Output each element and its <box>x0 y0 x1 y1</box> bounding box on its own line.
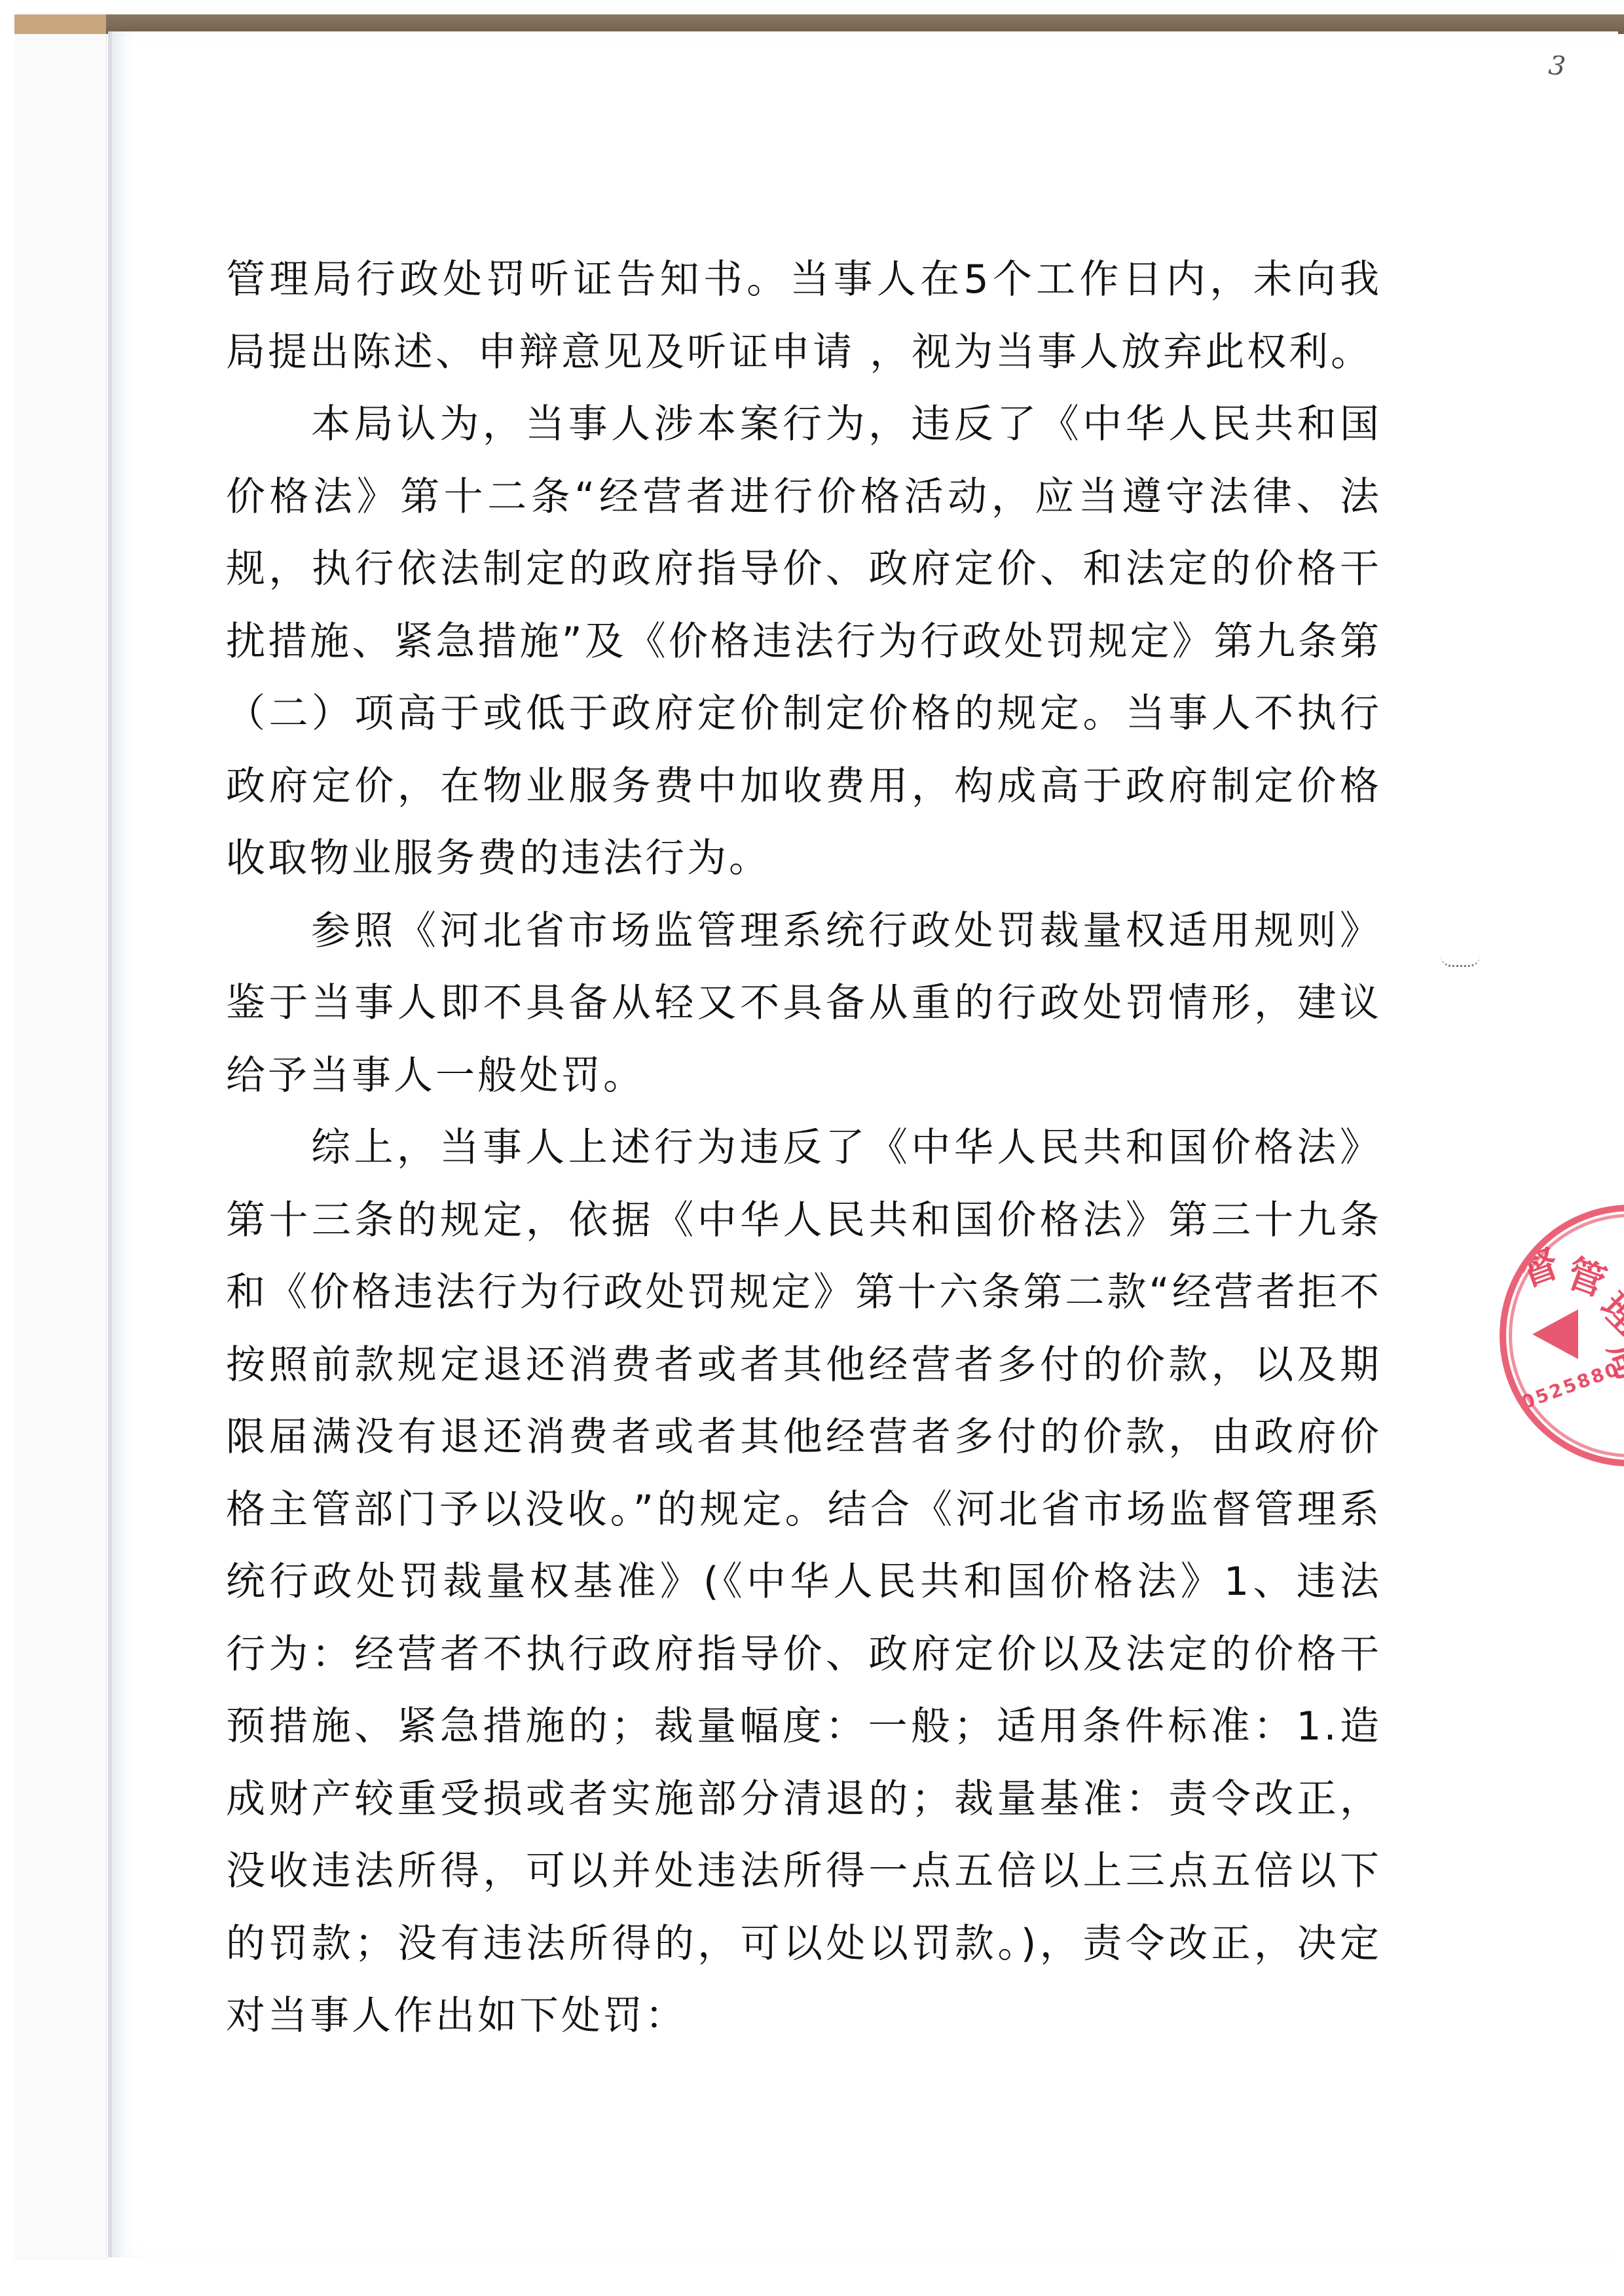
scanned-page: 3 管理局行政处罚听证告知书。当事人在5个工作日内，未向我局提出陈述、申辩意见及… <box>0 0 1624 2296</box>
page-number: 3 <box>1547 50 1567 82</box>
scanner-lid-corner <box>14 14 106 34</box>
seal-code: 0525880 <box>1519 1358 1623 1413</box>
ink-mark <box>1441 956 1480 967</box>
paragraph-conclusion: 综上，当事人上述行为违反了《中华人民共和国价格法》第十三条的规定，依据《中华人民… <box>226 1112 1382 2052</box>
paragraph-hearing-notice: 管理局行政处罚听证告知书。当事人在5个工作日内，未向我局提出陈述、申辩意见及听证… <box>226 244 1382 388</box>
official-seal: 督 管 理 局 0525880 <box>1500 1205 1624 1467</box>
document-body: 管理局行政处罚听证告知书。当事人在5个工作日内，未向我局提出陈述、申辩意见及听证… <box>226 244 1382 2052</box>
seal-star-icon <box>1532 1309 1578 1359</box>
paragraph-bureau-finding: 本局认为，当事人涉本案行为，违反了《中华人民共和国价格法》第十二条“经营者进行价… <box>226 388 1382 895</box>
seal-char: 督 <box>1511 1233 1565 1298</box>
seal-char: 管 <box>1560 1243 1614 1307</box>
paragraph-discretion-rule: 参照《河北省市场监管理系统行政处罚裁量权适用规则》鉴于当事人即不具备从轻又不具备… <box>226 895 1382 1112</box>
scan-margin-strip <box>14 34 107 2260</box>
official-seal-clip: 督 管 理 局 0525880 <box>1467 1165 1624 1584</box>
